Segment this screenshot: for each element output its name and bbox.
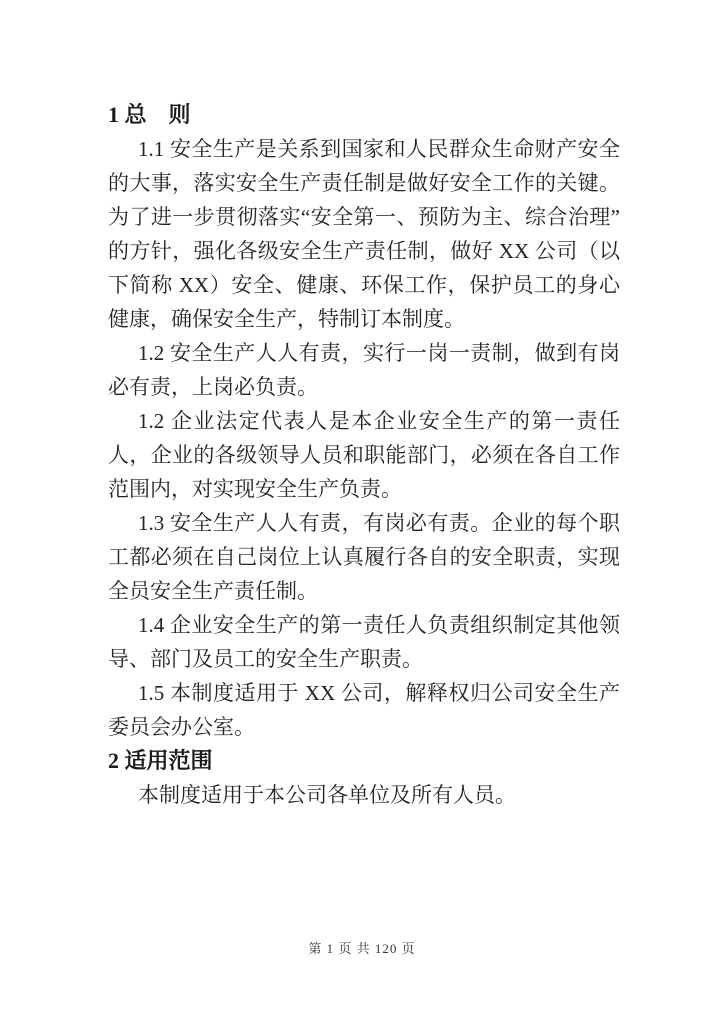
page-number-text: 第 1 页 共 120 页 bbox=[308, 941, 415, 956]
paragraph-1-5: 1.5 本制度适用于 XX 公司，解释权归公司安全生产委员会办公室。 bbox=[108, 676, 620, 744]
paragraph-1-2a: 1.2 安全生产人人有责，实行一岗一责制，做到有岗必有责，上岗必负责。 bbox=[108, 336, 620, 404]
document-page: 1 总 则 1.1 安全生产是关系到国家和人民群众生命财产安全的大事，落实安全生… bbox=[0, 0, 724, 1024]
paragraph-1-3: 1.3 安全生产人人有责，有岗必有责。企业的每个职工都必须在自己岗位上认真履行各… bbox=[108, 506, 620, 608]
paragraph-2-1: 本制度适用于本公司各单位及所有人员。 bbox=[108, 778, 620, 812]
section-1-heading: 1 总 则 bbox=[108, 98, 620, 132]
document-body: 1 总 则 1.1 安全生产是关系到国家和人民群众生命财产安全的大事，落实安全生… bbox=[108, 98, 620, 812]
page-footer: 第 1 页 共 120 页 bbox=[0, 938, 724, 958]
paragraph-1-2b: 1.2 企业法定代表人是本企业安全生产的第一责任人，企业的各级领导人员和职能部门… bbox=[108, 404, 620, 506]
paragraph-1-4: 1.4 企业安全生产的第一责任人负责组织制定其他领导、部门及员工的安全生产职责。 bbox=[108, 608, 620, 676]
paragraph-1-1: 1.1 安全生产是关系到国家和人民群众生命财产安全的大事，落实安全生产责任制是做… bbox=[108, 132, 620, 336]
section-2-heading: 2 适用范围 bbox=[108, 744, 620, 778]
